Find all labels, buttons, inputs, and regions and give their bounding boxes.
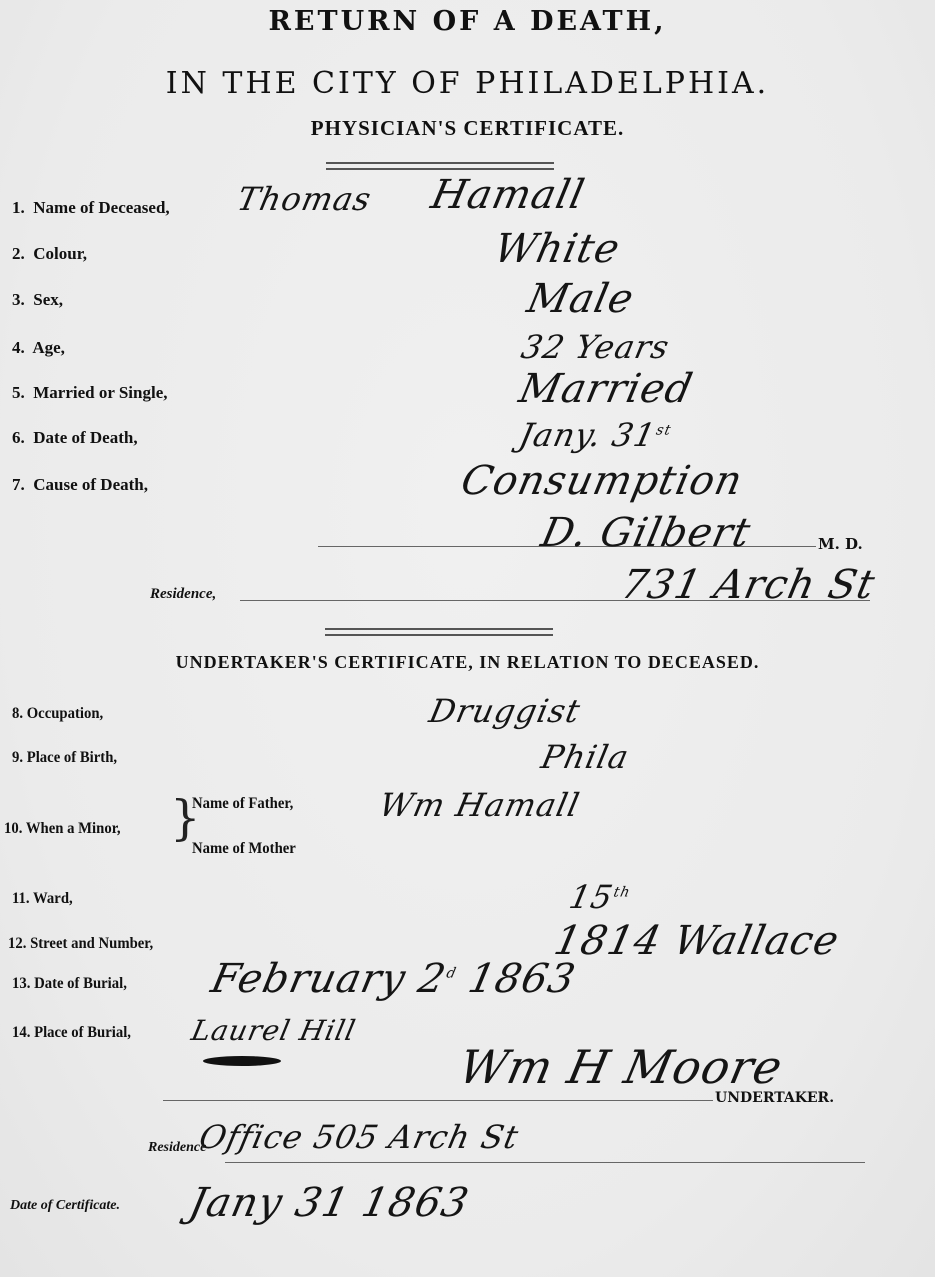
field-label-street: 12. Street and Number, — [8, 935, 153, 953]
field-value-date-of-death: Jany. 31st — [516, 416, 674, 454]
field-label-place-of-burial: 14. Place of Burial, — [12, 1024, 131, 1042]
physician-residence-label: Residence, — [150, 586, 216, 603]
field-value-occupation: Druggist — [426, 692, 584, 730]
document-subtitle: IN THE CITY OF PHILADELPHIA. — [0, 66, 935, 101]
field-label-date-of-death: 6. Date of Death, — [12, 428, 138, 448]
field-label-mother: Name of Mother — [192, 840, 296, 858]
md-suffix: M. D. — [818, 535, 863, 553]
certificate-date-value: Jany 31 1863 — [185, 1180, 473, 1226]
field-label-ward: 11. Ward, — [12, 890, 73, 908]
field-label-place-of-birth: 9. Place of Birth, — [12, 749, 117, 767]
physician-certificate-heading: PHYSICIAN'S CERTIFICATE. — [0, 116, 935, 141]
field-value-colour: White — [490, 226, 624, 272]
certificate-date-label: Date of Certificate. — [10, 1198, 120, 1214]
field-label-father: Name of Father, — [192, 795, 293, 813]
field-label-occupation: 8. Occupation, — [12, 705, 103, 723]
field-value-name-last: Hamall — [427, 172, 589, 218]
undertaker-signature-line — [163, 1100, 713, 1101]
header-double-rule — [326, 162, 554, 170]
field-value-street: 1814 Wallace — [550, 918, 843, 964]
field-value-ward: 15th — [566, 878, 633, 916]
field-value-age: 32 Years — [518, 328, 673, 366]
physician-signature: D. Gilbert — [537, 510, 755, 556]
field-label-when-minor: 10. When a Minor, — [4, 820, 121, 838]
field-value-father: Wm Hamall — [376, 786, 583, 824]
field-label-date-of-burial: 13. Date of Burial, — [12, 975, 127, 993]
field-label-colour: 2. Colour, — [12, 244, 87, 264]
section-double-rule — [325, 628, 553, 636]
document-title: RETURN OF A DEATH, — [0, 6, 935, 37]
field-label-sex: 3. Sex, — [12, 290, 63, 310]
field-value-sex: Male — [523, 276, 638, 322]
undertaker-certificate-heading: UNDERTAKER'S CERTIFICATE, IN RELATION TO… — [0, 652, 935, 673]
field-value-marital: Married — [515, 366, 697, 412]
ink-blot — [203, 1056, 281, 1066]
undertaker-residence-line — [225, 1162, 865, 1163]
field-label-age: 4. Age, — [12, 338, 65, 358]
field-label-marital: 5. Married or Single, — [12, 383, 168, 403]
field-value-cause-of-death: Consumption — [457, 458, 747, 504]
undertaker-signature: Wm H Moore — [454, 1040, 787, 1094]
undertaker-suffix: UNDERTAKER. — [715, 1090, 834, 1106]
field-label-name: 1. Name of Deceased, — [12, 198, 170, 218]
death-certificate-page: RETURN OF A DEATH, IN THE CITY OF PHILAD… — [0, 0, 935, 1277]
field-value-place-of-birth: Phila — [538, 738, 633, 776]
physician-residence-value: 731 Arch St — [617, 562, 879, 608]
undertaker-residence-value: Office 505 Arch St — [196, 1118, 522, 1156]
field-value-place-of-burial: Laurel Hill — [188, 1014, 358, 1047]
field-value-name-first: Thomas — [234, 180, 375, 218]
field-label-cause-of-death: 7. Cause of Death, — [12, 475, 148, 495]
field-value-date-of-burial: February 2d 1863 — [207, 956, 580, 1002]
